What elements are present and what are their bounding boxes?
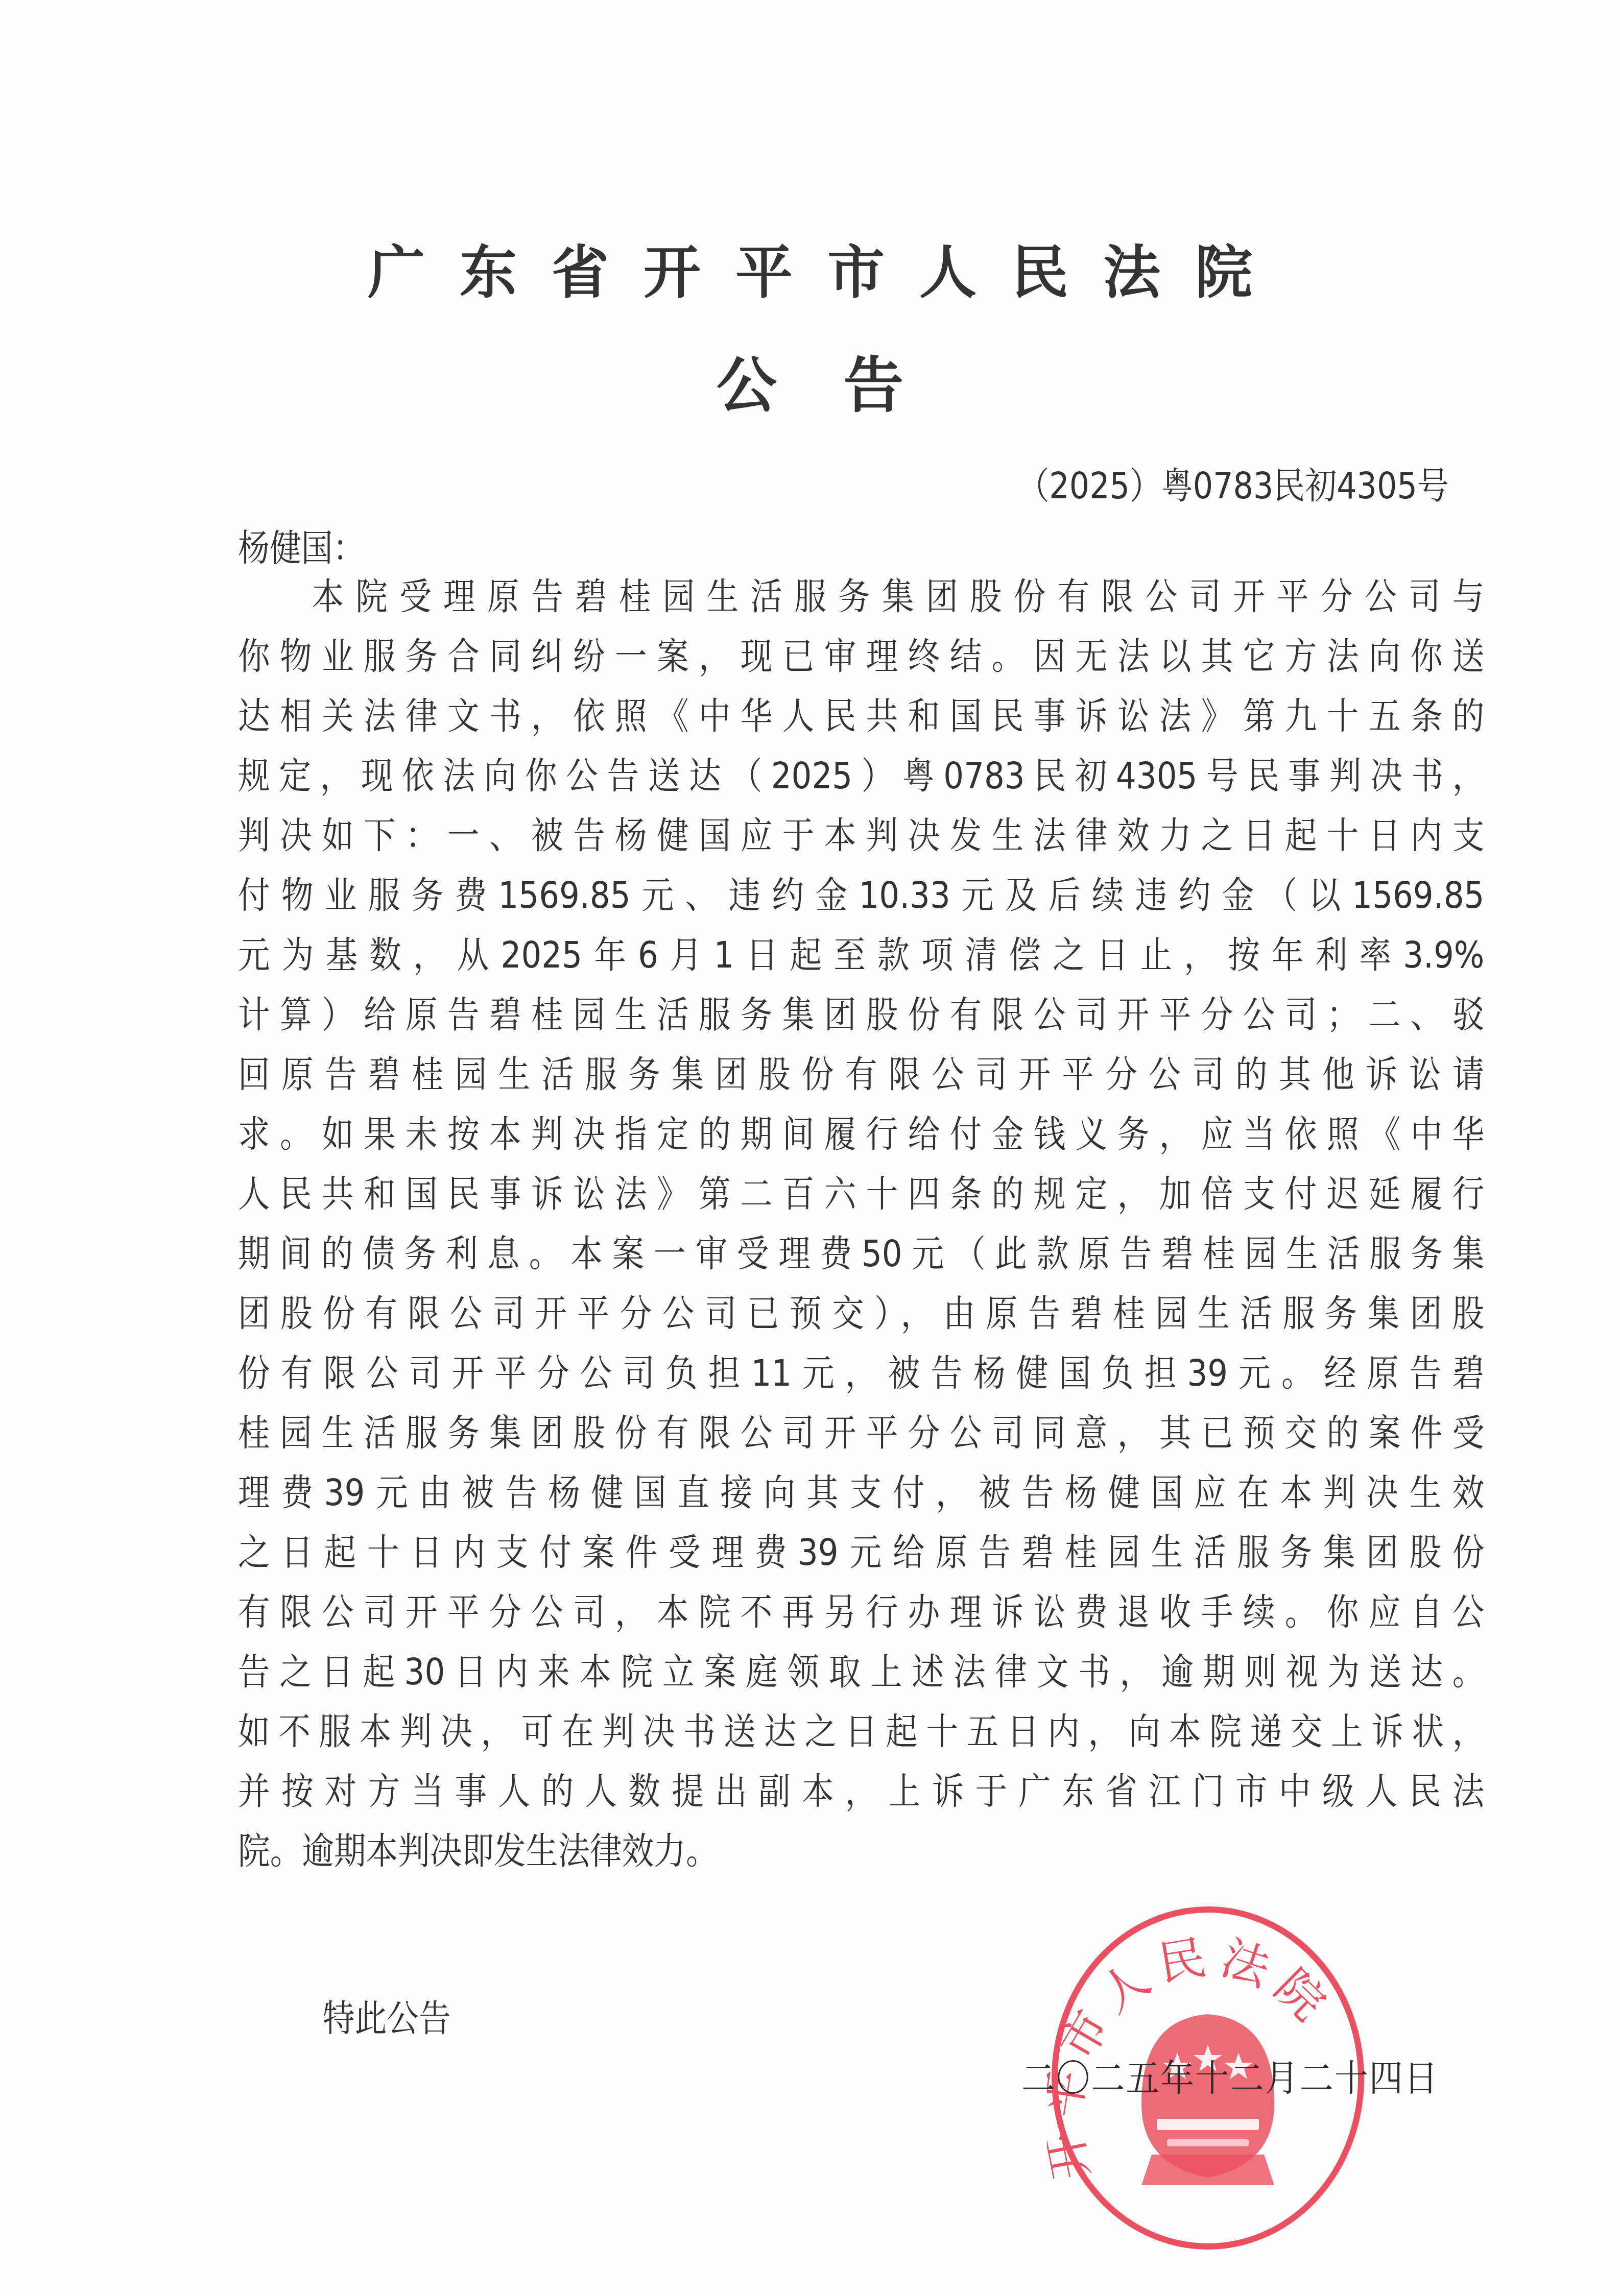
closing-phrase: 特此公告 — [323, 1989, 451, 2042]
court-name-heading: 广东省开平市人民法院 — [0, 227, 1620, 309]
body-line: 判决如下：一、被告杨健国应于本判决发生法律效力之日起十日内支 — [238, 806, 1484, 865]
body-line: 份有限公司开平分公司负担11元，被告杨健国负担39元。经原告碧 — [238, 1343, 1484, 1403]
body-line: 元为基数，从2025年6月1日起至款项清偿之日止，按年利率3.9% — [238, 925, 1484, 985]
body-line: 达相关法律文书，依照《中华人民共和国民事诉讼法》第九十五条的 — [238, 686, 1484, 746]
notice-title: 公告 — [0, 337, 1620, 424]
body-line: 之日起十日内支付案件受理费39元给原告碧桂园生活服务集团股份 — [238, 1522, 1484, 1582]
body-line: 桂园生活服务集团股份有限公司开平分公司同意，其已预交的案件受 — [238, 1403, 1484, 1463]
body-line: 告之日起30日内来本院立案庭领取上述法律文书，逾期则视为送达。 — [238, 1642, 1484, 1702]
body-line: 付物业服务费1569.85元、违约金10.33元及后续违约金（以1569.85 — [238, 865, 1484, 925]
body-line: 人民共和国民事诉讼法》第二百六十四条的规定，加倍支付迟延履行 — [238, 1164, 1484, 1224]
body-line: 求。如果未按本判决指定的期间履行给付金钱义务，应当依照《中华 — [238, 1104, 1484, 1164]
body-line: 期间的债务利息。本案一审受理费50元（此款原告碧桂园生活服务集 — [238, 1224, 1484, 1284]
body-line: 本院受理原告碧桂园生活服务集团股份有限公司开平分公司与 — [238, 567, 1484, 626]
body-line: 计算）给原告碧桂园生活服务集团股份有限公司开平分公司；二、驳 — [238, 985, 1484, 1045]
body-line: 规定，现依法向你公告送达（2025）粤0783民初4305号民事判决书， — [238, 746, 1484, 806]
body-line: 理费39元由被告杨健国直接向其支付，被告杨健国应在本判决生效 — [238, 1463, 1484, 1522]
notice-page: 广东省开平市人民法院 公告 （2025）粤0783民初4305号 杨健国： 本院… — [0, 0, 1620, 2296]
notice-body: 本院受理原告碧桂园生活服务集团股份有限公司开平分公司与 你物业服务合同纠纷一案，… — [238, 567, 1484, 1881]
case-number: （2025）粤0783民初4305号 — [1018, 456, 1449, 509]
body-line: 并按对方当事人的人数提出副本，上诉于广东省江门市中级人民法 — [238, 1761, 1484, 1821]
body-line: 院。逾期本判决即发生法律效力。 — [238, 1821, 1484, 1881]
body-line: 你物业服务合同纠纷一案，现已审理终结。因无法以其它方法向你送 — [238, 626, 1484, 686]
body-line: 团股份有限公司开平分公司已预交），由原告碧桂园生活服务集团股 — [238, 1284, 1484, 1343]
addressee: 杨健国： — [238, 518, 365, 571]
body-line: 如不服本判决，可在判决书送达之日起十五日内，向本院递交上诉状， — [238, 1702, 1484, 1761]
notice-date: 二〇二五年十二月二十四日 — [1021, 2048, 1439, 2101]
body-line: 有限公司开平分公司，本院不再另行办理诉讼费退收手续。你应自公 — [238, 1582, 1484, 1642]
body-line: 回原告碧桂园生活服务集团股份有限公司开平分公司的其他诉讼请 — [238, 1045, 1484, 1104]
